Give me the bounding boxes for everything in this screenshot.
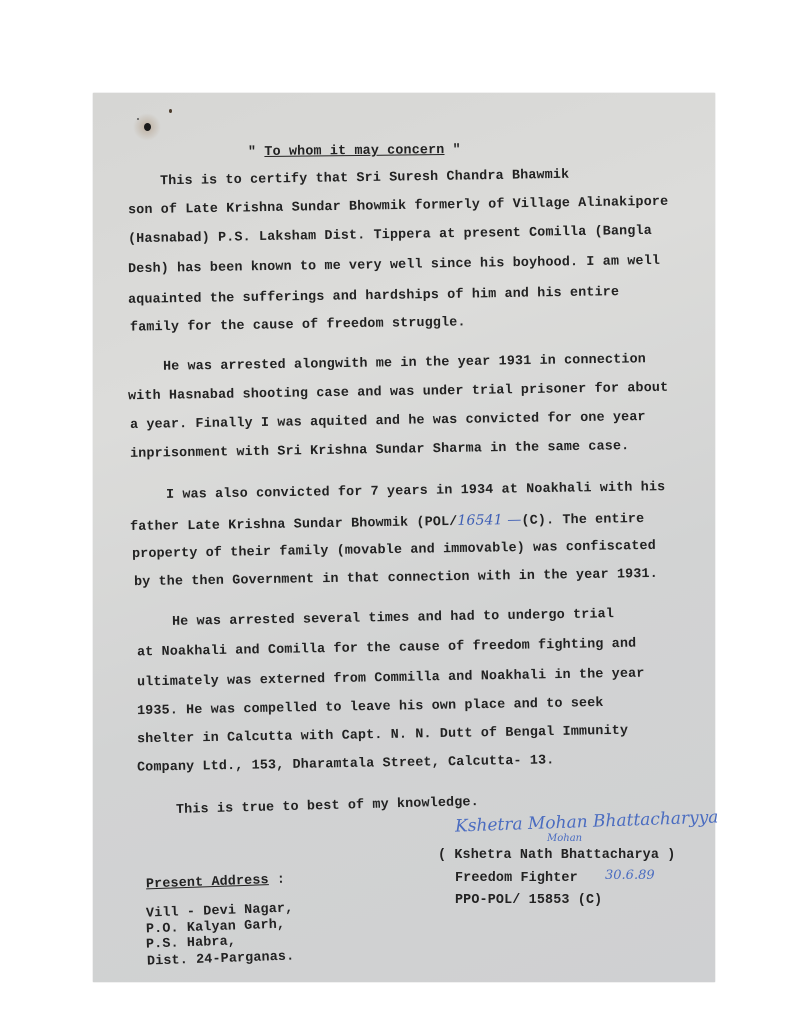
ink-speck — [137, 118, 139, 120]
ink-speck — [169, 109, 172, 113]
title-text: To whom it may concern — [264, 143, 444, 160]
handwritten-signature-correction: Mohan — [547, 833, 582, 844]
letter-title: " To whom it may concern " — [248, 143, 461, 160]
handwritten-pol-number: 16541 — — [457, 512, 521, 529]
signatory-designation: Freedom Fighter — [455, 871, 578, 886]
signatory-name: ( Kshetra Nath Bhattacharya ) — [438, 848, 675, 863]
paragraph-3-line-2-end: (C). The entire — [521, 512, 644, 529]
address-line-3: P.S. Habra, — [146, 934, 237, 952]
title-quote-open: " — [248, 145, 256, 160]
present-address-colon: : — [277, 873, 286, 888]
handwritten-date: 30.6.89 — [605, 868, 655, 883]
ink-stain — [144, 123, 151, 131]
signatory-pension-number: PPO-POL/ 15853 (C) — [455, 893, 602, 908]
title-quote-close: " — [453, 143, 461, 158]
